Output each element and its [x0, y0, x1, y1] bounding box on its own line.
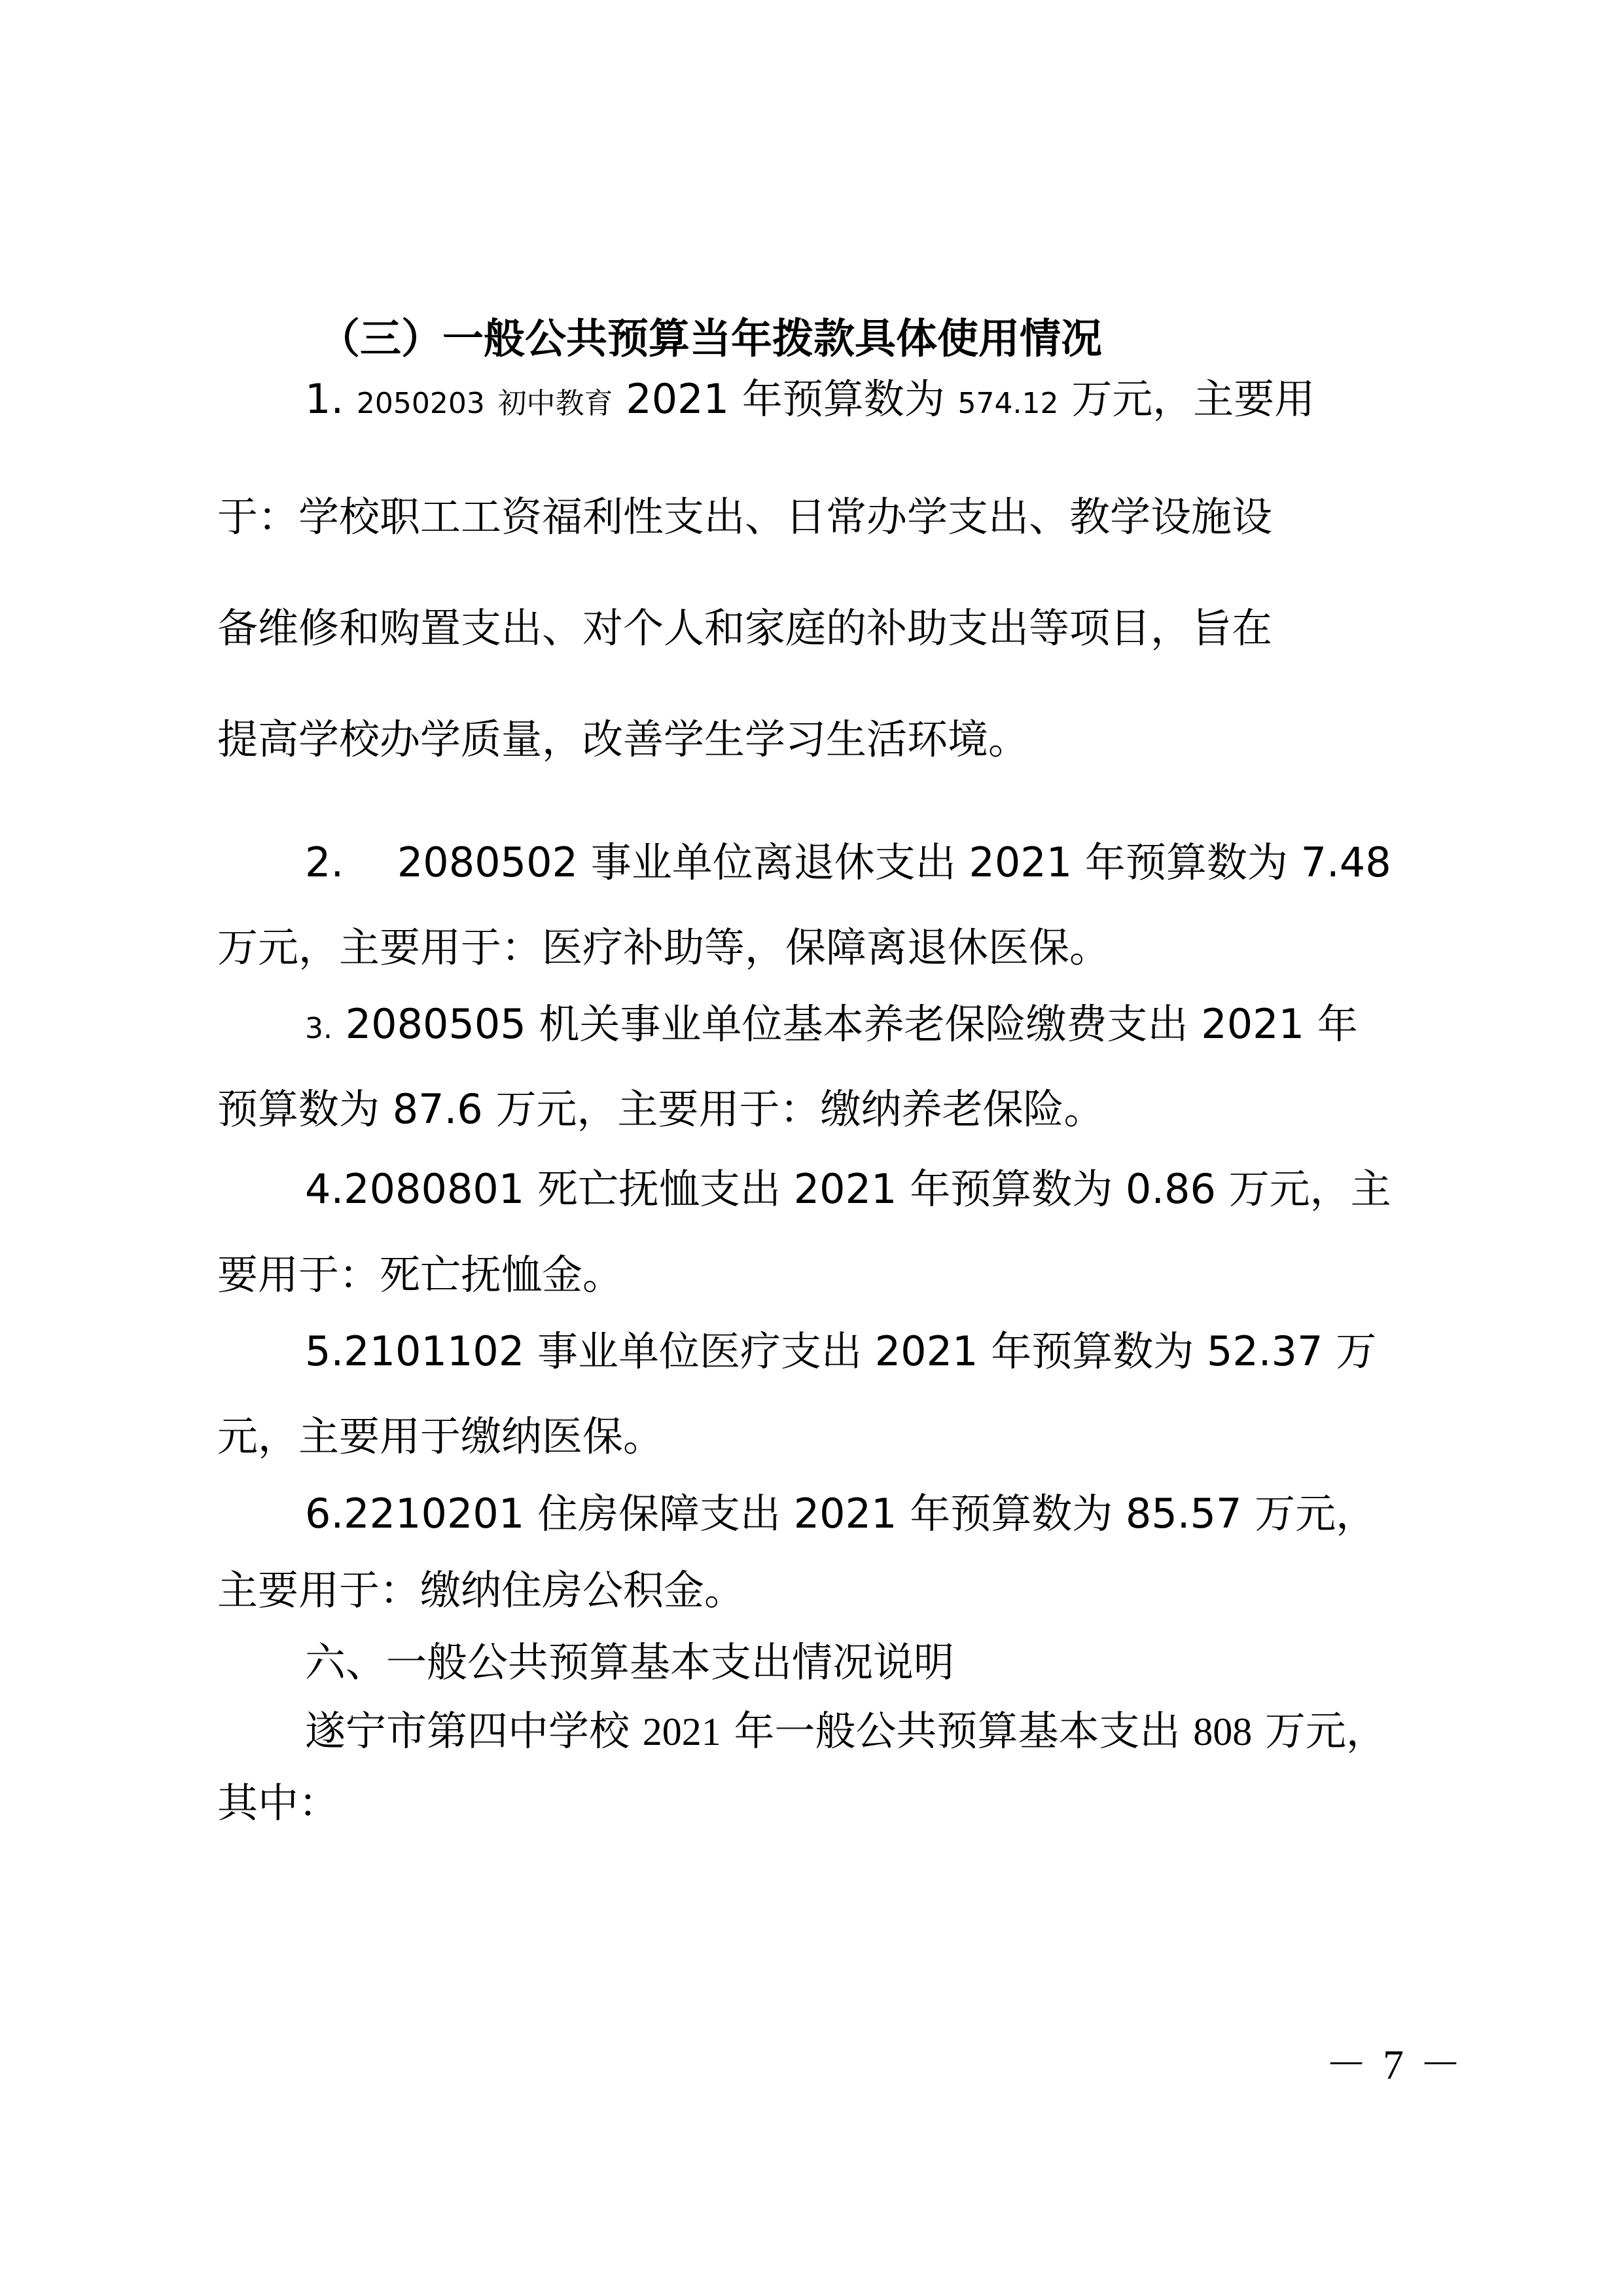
page-number: － 7 －	[1325, 2039, 1464, 2091]
para-amount: 808	[1193, 1710, 1252, 1753]
item-1-line-4: 提高学校办学质量，改善学生学习生活环境。	[217, 713, 1029, 766]
item-5-line-2: 元，主要用于缴纳医保。	[217, 1410, 664, 1463]
item-name: 初中教育	[498, 387, 613, 420]
item-year: 2021	[626, 375, 729, 423]
para-tail: 万元，	[1265, 1707, 1387, 1755]
item-number: 3.	[305, 1012, 332, 1045]
document-page: （三）一般公共预算当年拨款具体使用情况 1. 2050203 初中教育 2021…	[0, 0, 1623, 2296]
item-5-line-1: 5.2101102 事业单位医疗支出 2021 年预算数为 52.37 万	[305, 1325, 1376, 1378]
school-name: 遂宁市第四中学校	[305, 1707, 630, 1755]
item-1-line-1: 1. 2050203 初中教育 2021 年预算数为 574.12 万元，主要用	[305, 373, 1315, 430]
item-2-line-1: 2. 2080502 事业单位离退休支出 2021 年预算数为 7.48	[305, 836, 1391, 889]
item-3-line-1: 3. 2080505 机关事业单位基本养老保险缴费支出 2021 年	[305, 998, 1358, 1055]
section-6-heading: 六、一般公共预算基本支出情况说明	[305, 1636, 954, 1689]
item-2-line-2: 万元，主要用于：医疗补助等，保障离退休医保。	[217, 922, 1110, 974]
item-3-line-2: 预算数为 87.6 万元，主要用于：缴纳养老保险。	[217, 1083, 1104, 1136]
item-6-line-2: 主要用于：缴纳住房公积金。	[217, 1564, 745, 1617]
item-mid: 年预算数为	[742, 375, 945, 423]
item-4-line-2: 要用于：死亡抚恤金。	[217, 1249, 623, 1301]
section-6-para-line-1: 遂宁市第四中学校 2021 年一般公共预算基本支出 808 万元，	[305, 1705, 1387, 1758]
item-tail: 万元，主要用	[1071, 375, 1315, 423]
item-text: 2080505 机关事业单位基本养老保险缴费支出 2021 年	[346, 1000, 1358, 1048]
item-1-line-2: 于：学校职工工资福利性支出、日常办学支出、教学设施设	[217, 491, 1272, 543]
item-number: 1.	[305, 375, 344, 423]
item-code: 2050203	[357, 387, 485, 420]
para-year: 2021	[643, 1710, 721, 1753]
section-heading: （三）一般公共预算当年拨款具体使用情况	[319, 313, 1102, 365]
para-mid: 年一般公共预算基本支出	[734, 1707, 1180, 1755]
item-4-line-1: 4.2080801 死亡抚恤支出 2021 年预算数为 0.86 万元，主	[305, 1163, 1391, 1215]
item-1-line-3: 备维修和购置支出、对个人和家庭的补助支出等项目，旨在	[217, 602, 1272, 655]
item-amount: 574.12	[958, 387, 1059, 420]
section-6-para-line-2: 其中：	[217, 1777, 339, 1829]
item-6-line-1: 6.2210201 住房保障支出 2021 年预算数为 85.57 万元，	[305, 1488, 1376, 1540]
